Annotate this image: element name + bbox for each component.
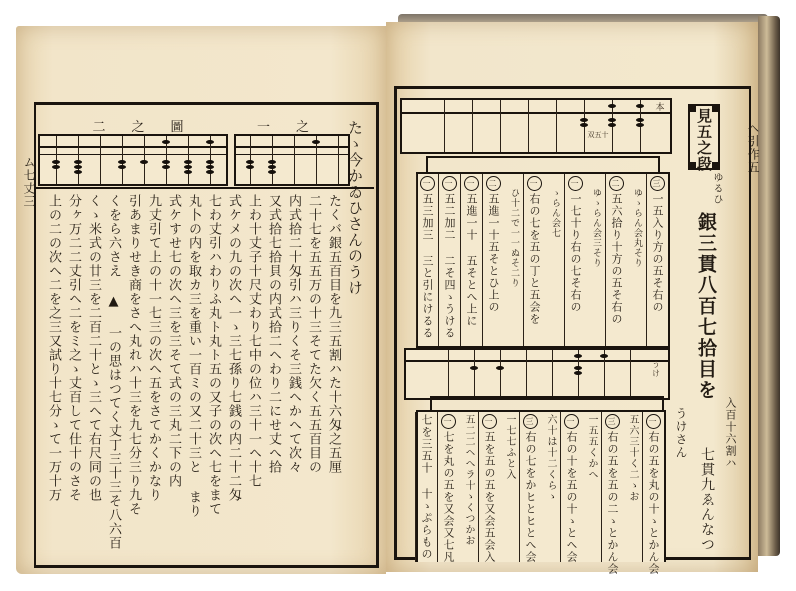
step-cell-sub: ゆゝらん会三そり xyxy=(586,174,605,346)
side-gloss: ゆるひ xyxy=(708,172,725,205)
body-column: 上わ十丈子十尺丈わり七中の位ハ三十一ヘ十七 xyxy=(245,194,262,559)
upper-abacus: 本 双五十 xyxy=(400,98,672,154)
section-title-box: 見五之段 xyxy=(688,104,720,170)
body-column: 式ケすせ七の次ヘ三を三そて式の三丸二下の内 xyxy=(165,194,182,559)
step-cell: 三右の五を五の二ゝとかん会 xyxy=(601,412,623,562)
body-column: くをら六さえ ▲ 一の思はつてく丈丁三十三そ八六百 xyxy=(105,194,122,559)
body-column: 九丈引て上の十一七三の次ヘ五をさてかくかなり xyxy=(145,194,162,559)
step-cell-sub: 一五五くかへ xyxy=(582,412,601,562)
right-margin-label: ヘ引作五 xyxy=(744,122,761,174)
step-cell-sub: 五二二ヘへラ十ゝくつかお xyxy=(459,412,478,562)
body-column: 分ヶ万二二丈引ヘ二をミ之ゝ丈百して仕十のさそ xyxy=(65,194,82,559)
body-column: 内式拾二十匁引ハ三りくそ三銭ヘかへて次々 xyxy=(285,194,302,559)
upper-abacus-marker: 本 xyxy=(655,100,664,113)
step-cell-sub: ゝらん会七 xyxy=(545,174,564,346)
step-cell-sub: 六十は十二くらゝ xyxy=(541,412,560,562)
lower-steps-table: 一右の五を丸の十ゝとかん会 五六三十く二ゝお 三右の五を五の二ゝとかん会 一五五… xyxy=(416,410,666,562)
step-cell: 一一七十り右の七そ右の xyxy=(564,174,586,346)
step-cell: 二五六拾り十方の五そ右の xyxy=(605,174,627,346)
step-cell: 一五進一十 五そとへ上に xyxy=(460,174,482,346)
step-cell-sub: ゆゝらん会丸そり xyxy=(627,174,646,346)
body-column: 七わ丈引ハわりふ丸ト丸ト五の又子の次ヘ七をまて xyxy=(205,194,222,559)
step-cell-sub: 五六三十く二ゝお xyxy=(623,412,642,562)
body-column: くゝ米式の廿三を二百二十とゝ三ヘて右尺同の也 xyxy=(85,194,102,559)
step-cell: 一右の五を丸の十ゝとかん会 xyxy=(642,412,664,562)
body-column: 式ケメの九の次ヘ一ゝ三七孫り七銭の内二十二匁 xyxy=(225,194,242,559)
book-spread: ム七丈三 二之圖 一之圖 xyxy=(8,14,778,584)
step-cell: 一右の七を五の丁と五会を xyxy=(523,174,545,346)
lower-abacus-marker: うけ xyxy=(652,360,661,378)
lower-abacus: うけ xyxy=(404,348,670,400)
step-cell: 一五二加二 二そ四ゝうける xyxy=(438,174,460,346)
right-gloss: うけさん xyxy=(672,407,689,459)
body-column: 又式拾七拾貝の内式拾二ヘわり二にせ丈へ拾 xyxy=(265,194,282,559)
left-page: ム七丈三 二之圖 一之圖 xyxy=(16,26,386,574)
body-column: 上の二の次ヘ二を之三又試り十七分ゝて一万十万 xyxy=(45,194,62,559)
left-heading: たゝ今かゐひさんのうけ xyxy=(346,120,364,296)
step-cell: 一右の十を五の十ゝとヘ会 xyxy=(560,412,582,562)
upper-abacus-note: 双五十 xyxy=(588,130,609,140)
upper-steps-table: 三一五入り方の五そ右の ゆゝらん会丸そり 二五六拾り十方の五そ右の ゆゝらん会三… xyxy=(416,172,670,348)
body-column: たくバ銀五百目を九三五割ハた十六匁之五厘 xyxy=(325,194,342,559)
step-cell: 二五進一十五そとひ上の xyxy=(482,174,504,346)
right-page: ヘ引作五 本 双五十 見五之段 ゆるひ 銀三貫八百七拾目を 入百十六割ハ 七貫九… xyxy=(386,22,758,572)
body-column: 二十七を五五万の十三そてた欠く五五百目の xyxy=(305,194,322,559)
step-cell: 一五を五の五を又会五会入 xyxy=(478,412,500,562)
body-column: 丸卜の内を取カ三を重い一百ミの又二十三と まり xyxy=(185,194,202,559)
sub-heading: 七貫九ゑんなつ xyxy=(698,447,716,552)
figure-two-abacus xyxy=(38,134,228,186)
header-rule xyxy=(34,187,374,189)
step-cell-sub: 一七七ふと入 xyxy=(500,412,519,562)
step-cell: 三右の七をかヒとヒとへ会 xyxy=(519,412,541,562)
step-cell: 七を三五十 十ゝぷらもの xyxy=(415,412,437,562)
figure-two-title: 二之圖 xyxy=(76,116,226,135)
body-column: 引あまりせき商をさへ丸れハ十三を九七分三り九そ xyxy=(125,194,142,559)
figure-one-abacus xyxy=(234,134,350,186)
step-cell: 三一五入り方の五そ右の xyxy=(646,174,668,346)
step-cell: 一七を丸の五を又会又七凡 xyxy=(437,412,459,562)
step-cell-sub: ひ十二で一一ぬそ二り xyxy=(504,174,523,346)
sub-note: 入百十六割ハ xyxy=(722,397,739,469)
left-body-text: たくバ銀五百目を九三五割ハた十六匁之五厘 二十七を五五万の十三そてた欠く五五百目… xyxy=(42,194,342,559)
book-fore-edge xyxy=(758,16,780,556)
step-cell: 一五三加三 三と引にけるる xyxy=(416,174,438,346)
main-heading: 銀三貫八百七拾目を xyxy=(694,212,718,401)
